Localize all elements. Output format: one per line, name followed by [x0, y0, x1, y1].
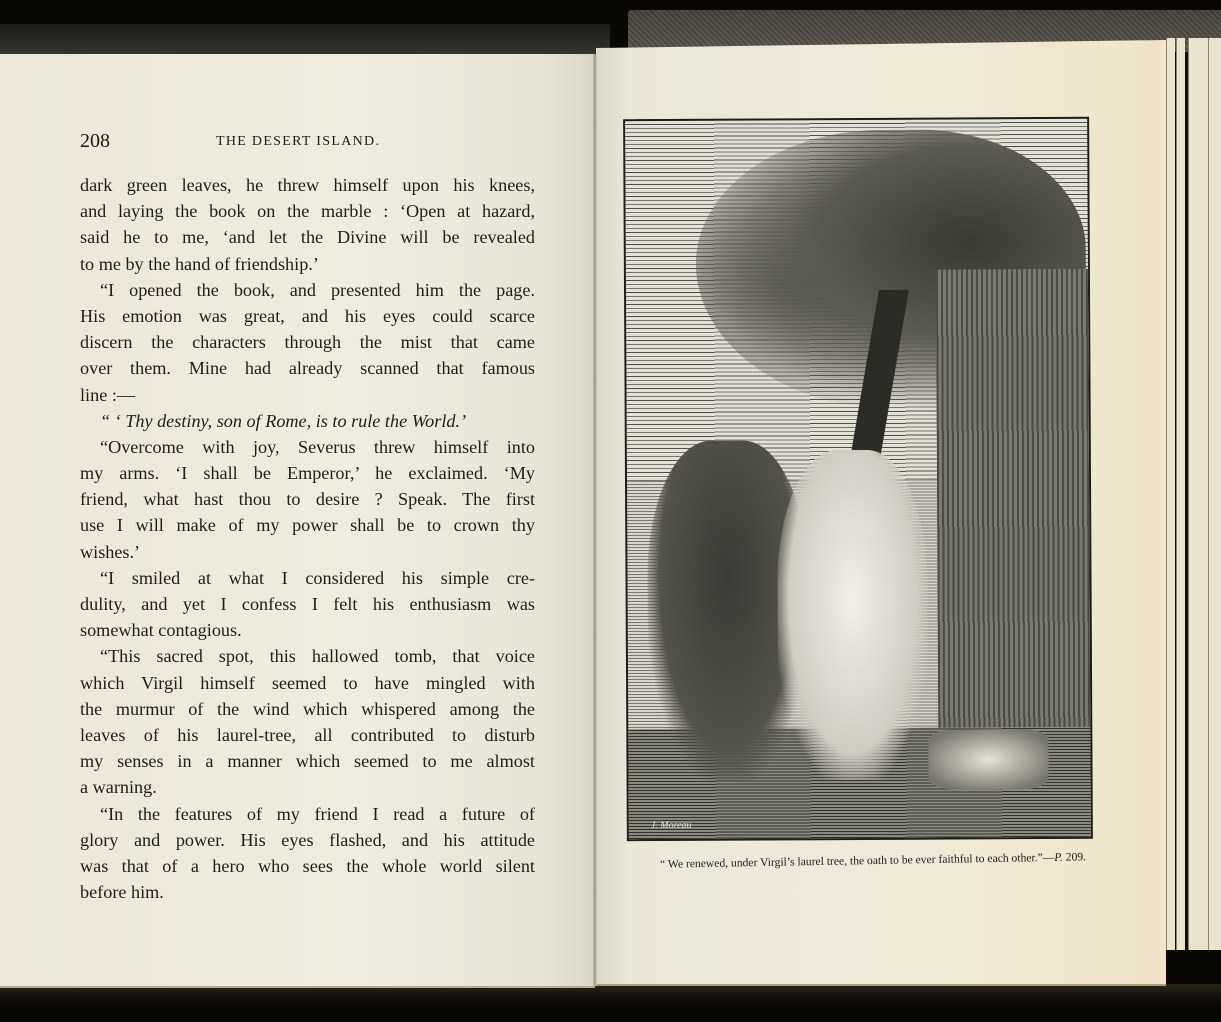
text-line: dark green leaves, he threw himself upon… [80, 172, 535, 198]
text-line: to me by the hand of friendship.’ [80, 251, 535, 277]
caption-page-number: 209. [1063, 850, 1086, 863]
engraving-illustration: J. Moreau [623, 117, 1093, 841]
tomb-wall [936, 269, 1090, 740]
text-line: “This sacred spot, this hallowed tomb, t… [80, 643, 535, 669]
running-head: 208 THE DESERT ISLAND. [80, 130, 535, 156]
text-line: wishes.’ [80, 539, 535, 565]
text-line: a warning. [80, 774, 535, 800]
text-line: my arms. ‘I shall be Emperor,’ he exclai… [80, 460, 535, 486]
text-line: my senses in a manner which seemed to me… [80, 748, 535, 774]
scroll-on-ground [928, 729, 1048, 790]
book-cover-top-left [0, 24, 610, 58]
text-line: leaves of his laurel-tree, all contribut… [80, 722, 535, 748]
engraver-signature: J. Moreau [651, 820, 692, 831]
text-line: “In the features of my friend I read a f… [80, 801, 535, 827]
text-line: discern the characters through the mist … [80, 329, 535, 355]
text-line: His emotion was great, and his eyes coul… [80, 303, 535, 329]
text-line: dulity, and yet I confess I felt his ent… [80, 591, 535, 617]
text-line: said he to me, ‘and let the Divine will … [80, 224, 535, 250]
text-line: line :— [80, 382, 535, 408]
body-text: dark green leaves, he threw himself upon… [80, 172, 535, 905]
text-line: and laying the book on the marble : ‘Ope… [80, 198, 535, 224]
text-line: before him. [80, 879, 535, 905]
text-line: somewhat contagious. [80, 617, 535, 643]
page-number: 208 [80, 130, 110, 153]
text-line: over them. Mine had already scanned that… [80, 355, 535, 381]
page-edge [1188, 38, 1209, 950]
text-line: which Virgil himself seemed to have ming… [80, 670, 535, 696]
text-line: the murmur of the wind which whispered a… [80, 696, 535, 722]
book-cover-bottom [0, 984, 1221, 1022]
page-edge [1208, 38, 1221, 950]
text-line: “ ‘ Thy destiny, son of Rome, is to rule… [80, 408, 535, 434]
page-edge [1166, 38, 1175, 950]
text-line: friend, what hast thou to desire ? Speak… [80, 486, 535, 512]
text-line: was that of a hero who sees the whole wo… [80, 853, 535, 879]
text-line: “I smiled at what I considered his simpl… [80, 565, 535, 591]
page-edge [1176, 38, 1185, 950]
text-line: glory and power. His eyes flashed, and h… [80, 827, 535, 853]
text-line: “Overcome with joy, Severus threw himsel… [80, 434, 535, 460]
figure-companion [777, 450, 929, 781]
caption-page-ref: P. [1054, 851, 1063, 864]
text-line: use I will make of my power shall be to … [80, 512, 535, 538]
book-gutter [593, 54, 597, 986]
text-line: “I opened the book, and presented him th… [80, 277, 535, 303]
running-title: THE DESERT ISLAND. [216, 134, 380, 150]
